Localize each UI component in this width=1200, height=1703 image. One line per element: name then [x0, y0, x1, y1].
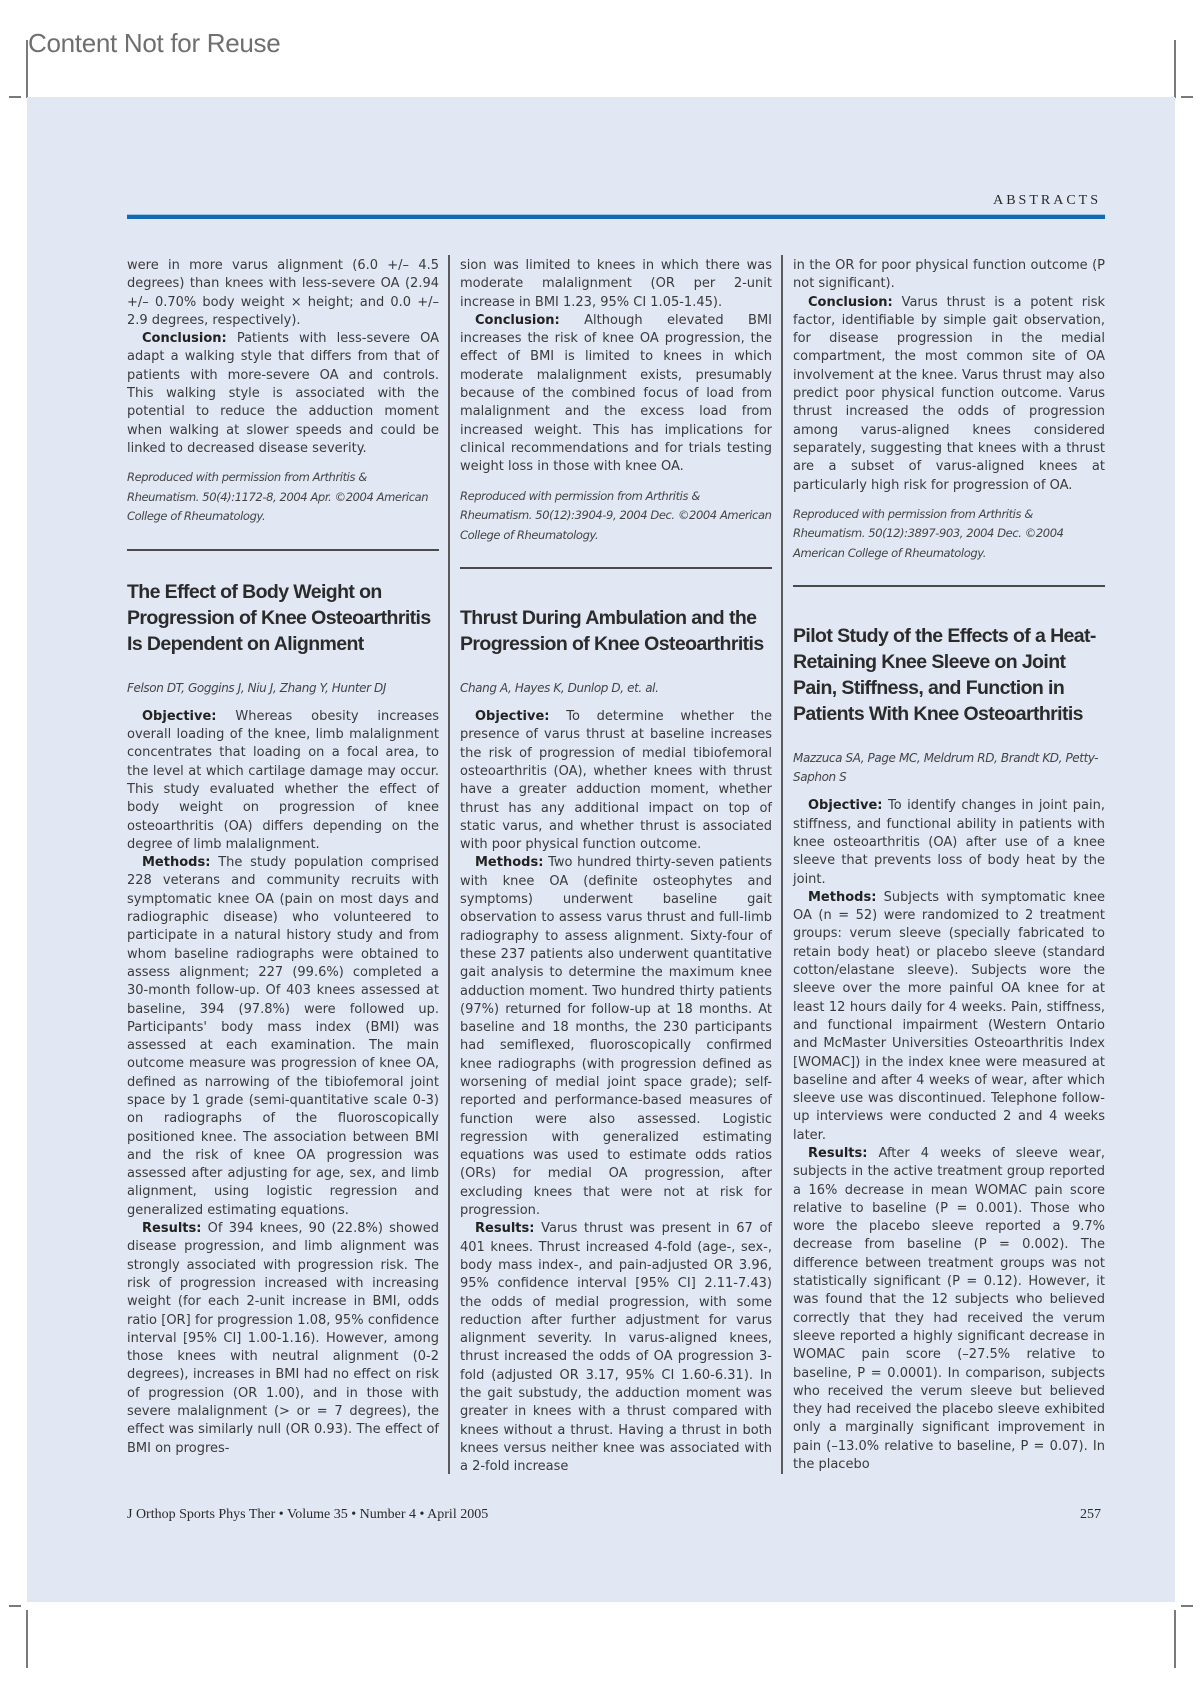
journal-footer: J Orthop Sports Phys Ther • Volume 35 • …: [127, 1507, 488, 1523]
article-authors: Chang A, Hayes K, Dunlop D, et. al.: [460, 679, 772, 698]
results-paragraph: Results: Varus thrust was present in 67 …: [460, 1220, 772, 1476]
conclusion-paragraph: Conclusion: Although elevated BMI increa…: [460, 312, 772, 477]
crop-mark-top-right-v: [1174, 40, 1176, 98]
column-divider: [781, 255, 783, 1474]
crop-mark-bottom-right-v: [1174, 1610, 1176, 1668]
results-text: Of 394 knees, 90 (22.8%) showed disease …: [127, 1221, 439, 1456]
article-authors: Felson DT, Goggins J, Niu J, Zhang Y, Hu…: [127, 679, 439, 698]
continued-text: sion was limited to knees in which there…: [460, 257, 772, 312]
journal-page: ABSTRACTS were in more varus alignment (…: [27, 97, 1175, 1602]
results-text: Varus thrust was present in 67 of 401 kn…: [460, 1221, 772, 1474]
methods-text: Subjects with symptomatic knee OA (n = 5…: [793, 890, 1105, 1143]
crop-mark-top-left-h: [9, 96, 21, 98]
objective-label: Objective:: [142, 709, 217, 724]
article-title: The Effect of Body Weight on Progression…: [127, 579, 439, 657]
conclusion-paragraph: Conclusion: Patients with less-severe OA…: [127, 330, 439, 458]
article-title: Thrust During Ambulation and the Progres…: [460, 605, 772, 657]
continued-text: were in more varus alignment (6.0 +/– 4.…: [127, 257, 439, 330]
column-1: were in more varus alignment (6.0 +/– 4.…: [127, 257, 439, 1458]
methods-paragraph: Methods: Subjects with symptomatic knee …: [793, 889, 1105, 1145]
citation: Reproduced with permission from Arthriti…: [460, 487, 772, 546]
methods-label: Methods:: [475, 855, 543, 870]
results-label: Results:: [142, 1221, 201, 1236]
objective-paragraph: Objective: To determine whether the pres…: [460, 708, 772, 854]
objective-label: Objective:: [808, 798, 883, 813]
header-rule: [127, 214, 1105, 219]
results-text: After 4 weeks of sleeve wear, subjects i…: [793, 1146, 1105, 1472]
results-label: Results:: [475, 1221, 534, 1236]
conclusion-text: Varus thrust is a potent risk factor, id…: [793, 295, 1105, 493]
results-label: Results:: [808, 1146, 867, 1161]
section-label: ABSTRACTS: [993, 193, 1101, 209]
watermark: Content Not for Reuse: [28, 28, 280, 59]
crop-mark-bottom-left-v: [26, 1610, 28, 1668]
conclusion-label: Conclusion:: [475, 313, 560, 328]
methods-paragraph: Methods: Two hundred thirty-seven patien…: [460, 854, 772, 1220]
article-authors: Mazzuca SA, Page MC, Meldrum RD, Brandt …: [793, 749, 1105, 787]
results-paragraph: Results: Of 394 knees, 90 (22.8%) showed…: [127, 1220, 439, 1458]
conclusion-label: Conclusion:: [808, 295, 893, 310]
conclusion-text: Patients with less-severe OA adapt a wal…: [127, 331, 439, 456]
article-title: Pilot Study of the Effects of a Heat-Ret…: [793, 623, 1105, 727]
column-divider: [448, 255, 450, 1474]
methods-paragraph: Methods: The study population comprised …: [127, 854, 439, 1220]
crop-mark-bottom-left-h: [9, 1605, 21, 1607]
conclusion-paragraph: Conclusion: Varus thrust is a potent ris…: [793, 294, 1105, 495]
page-number: 257: [1080, 1507, 1101, 1523]
results-paragraph: Results: After 4 weeks of sleeve wear, s…: [793, 1145, 1105, 1474]
crop-mark-top-left-v: [26, 40, 28, 98]
objective-text: Whereas obesity increases overall loadin…: [127, 709, 439, 852]
objective-label: Objective:: [475, 709, 550, 724]
column-3: in the OR for poor physical function out…: [793, 257, 1105, 1474]
methods-text: Two hundred thirty-seven patients with k…: [460, 855, 772, 1218]
objective-paragraph: Objective: To identify changes in joint …: [793, 797, 1105, 888]
citation: Reproduced with permission from Arthriti…: [793, 505, 1105, 564]
crop-mark-top-right-h: [1181, 96, 1193, 98]
column-2: sion was limited to knees in which there…: [460, 257, 772, 1477]
methods-label: Methods:: [142, 855, 210, 870]
methods-label: Methods:: [808, 890, 876, 905]
objective-paragraph: Objective: Whereas obesity increases ove…: [127, 708, 439, 854]
crop-mark-bottom-right-h: [1181, 1605, 1193, 1607]
objective-text: To determine whether the presence of var…: [460, 709, 772, 852]
conclusion-text: Although elevated BMI increases the risk…: [460, 313, 772, 474]
methods-text: The study population comprised 228 veter…: [127, 855, 439, 1218]
citation: Reproduced with permission from Arthriti…: [127, 468, 439, 527]
continued-text: in the OR for poor physical function out…: [793, 257, 1105, 294]
conclusion-label: Conclusion:: [142, 331, 227, 346]
